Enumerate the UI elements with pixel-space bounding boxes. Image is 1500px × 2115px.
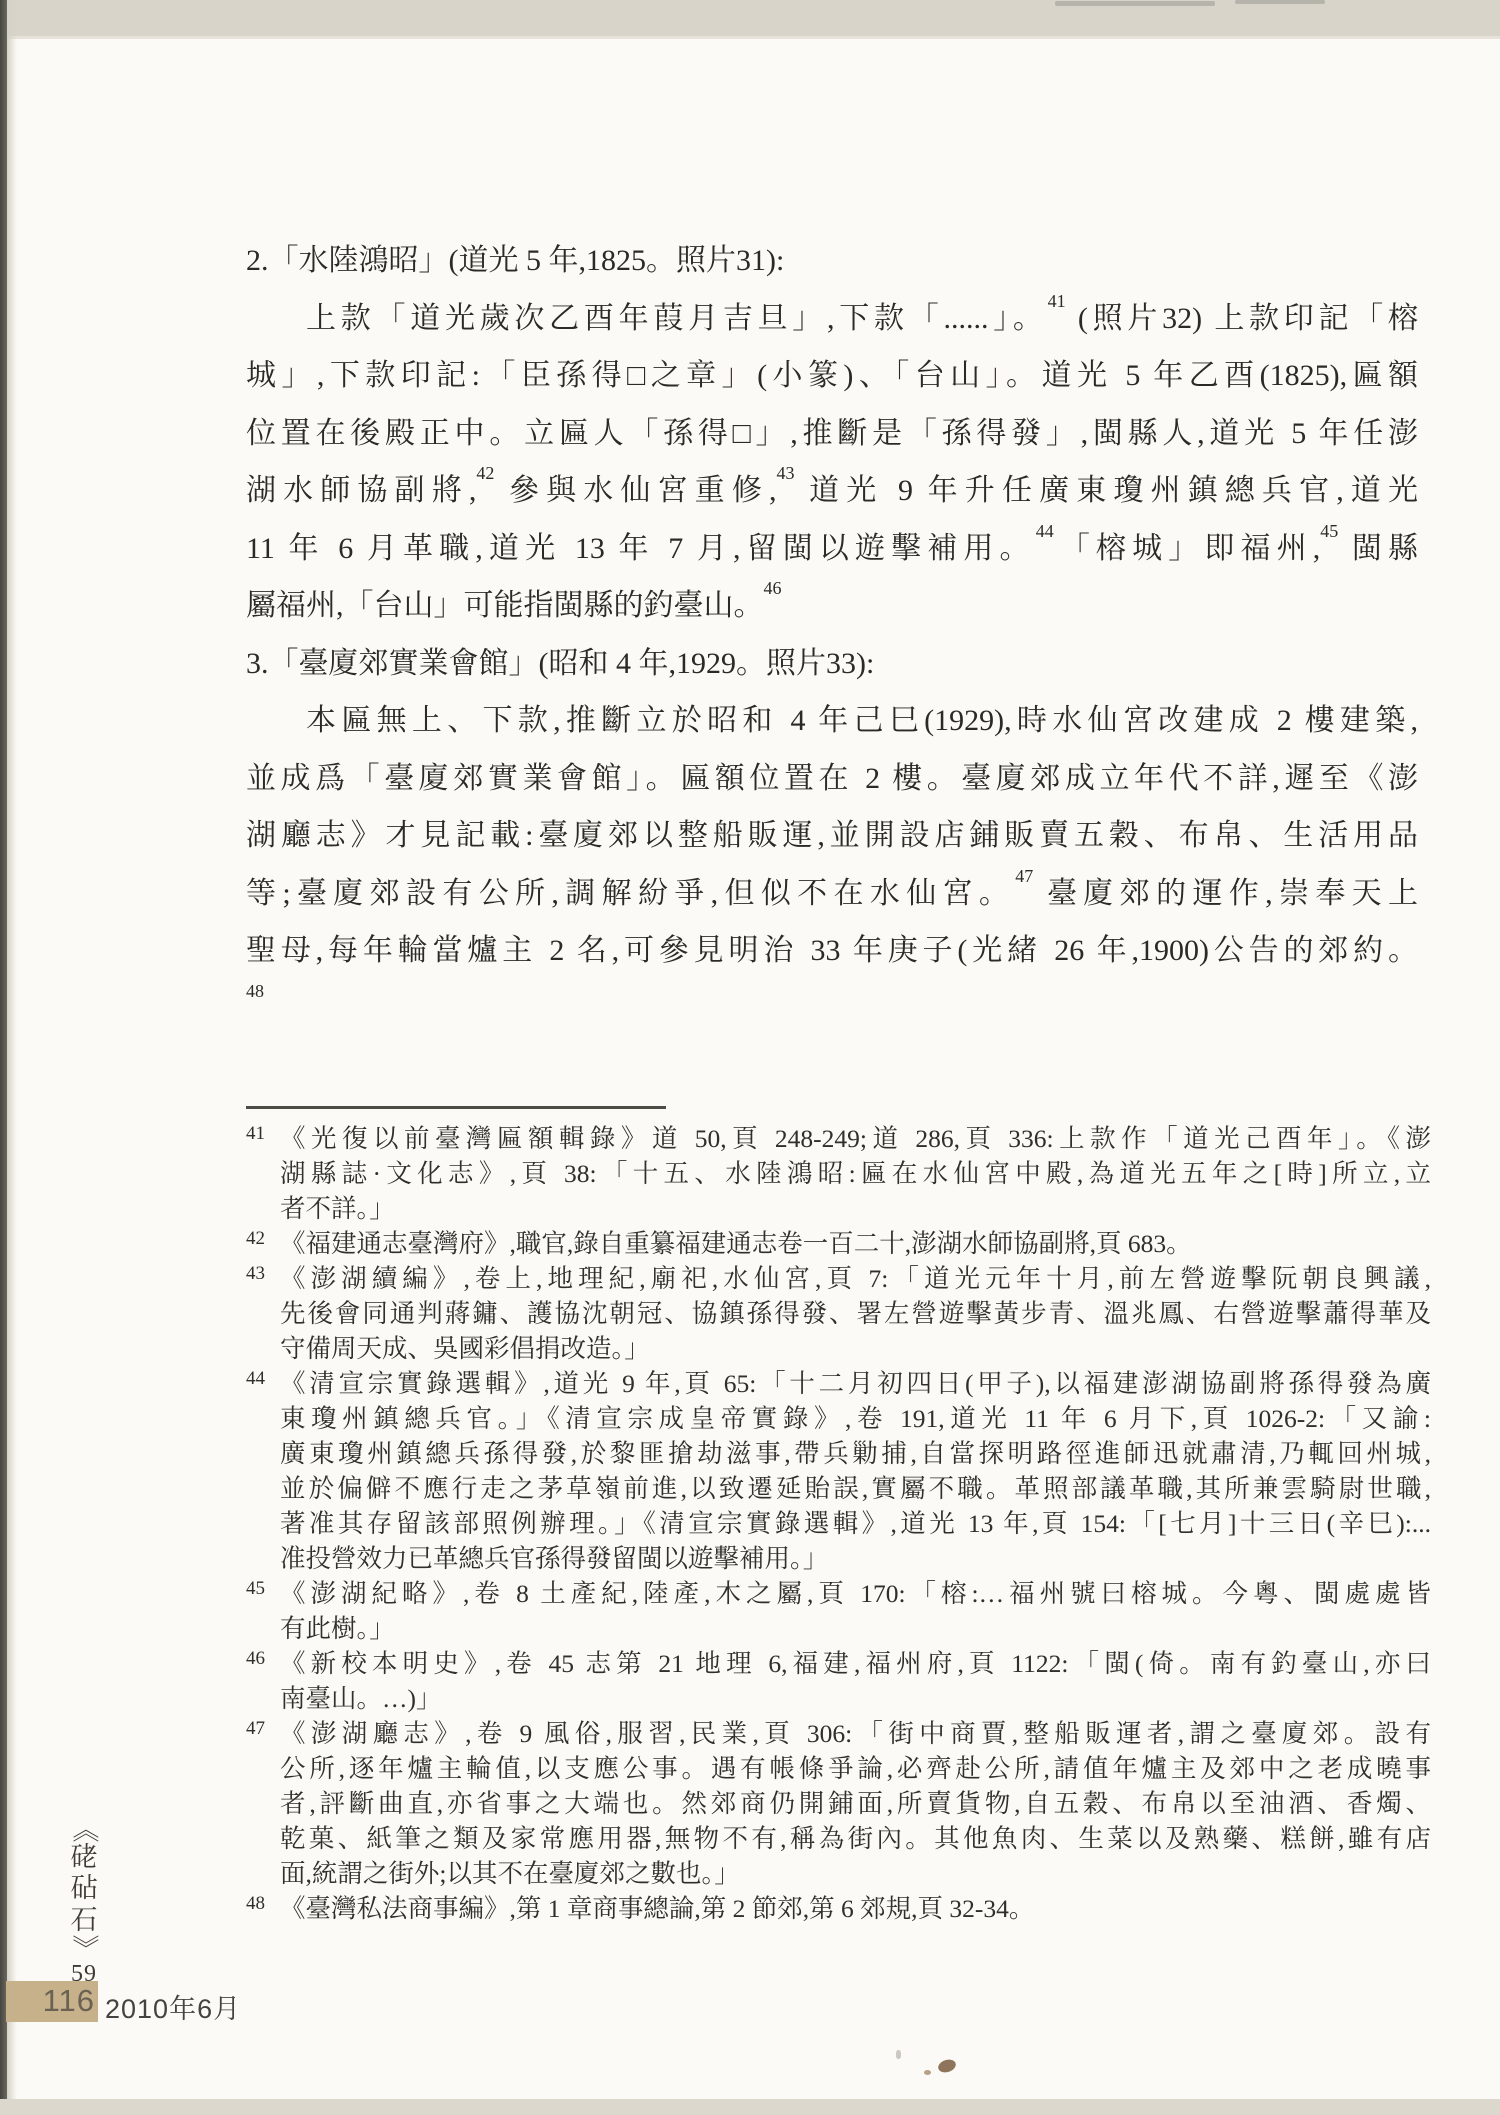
journal-title-char: 硓 bbox=[71, 1843, 98, 1871]
footnote-number: 45 bbox=[246, 1571, 265, 1606]
page-binding-shadow bbox=[7, 0, 17, 2115]
footnote: 48《臺灣私法商事編》,第 1 章商事總論,第 2 節郊,第 6 郊規,頁 32… bbox=[246, 1891, 1431, 1926]
footnote: 47《澎湖廳志》,卷 9 風俗,服習,民業,頁 306:「街中商賈,整船販運者,… bbox=[246, 1716, 1431, 1891]
footnote-line: 著准其存留該部照例辦理。」《清宣宗實錄選輯》,道光 13 年,頁 154:「[七… bbox=[280, 1506, 1431, 1541]
scan-smudge bbox=[1055, 1, 1215, 6]
footnote-number: 43 bbox=[246, 1256, 265, 1291]
text-line: 城」,下款印記:「臣孫得□之章」(小篆)、「台山」。道光 5 年乙酉(1825)… bbox=[246, 347, 1418, 405]
footnote-ref: 47 bbox=[1015, 866, 1033, 886]
footnote-ref: 43 bbox=[776, 463, 794, 483]
scan-bottom-band bbox=[0, 2099, 1500, 2115]
footnote-number: 46 bbox=[246, 1641, 265, 1676]
footnote-ref: 48 bbox=[246, 981, 264, 1001]
footnote-line: 《清宣宗實錄選輯》,道光 9 年,頁 65:「十二月初四日(甲子),以福建澎湖協… bbox=[280, 1366, 1431, 1401]
scan-speck bbox=[937, 2058, 958, 2075]
issue-date: 2010年6月 bbox=[105, 1987, 241, 2026]
text-line: 屬福州,「台山」可能指閩縣的釣臺山。46 bbox=[246, 577, 1418, 635]
scan-speck bbox=[924, 2070, 931, 2075]
footnote-line: 面,統謂之街外;以其不在臺廈郊之數也。」 bbox=[280, 1856, 1431, 1891]
footnote-divider bbox=[246, 1106, 666, 1109]
footnote-line: 有此樹。」 bbox=[280, 1611, 1431, 1646]
footnote: 46《新校本明史》,卷 45 志第 21 地理 6,福建,福州府,頁 1122:… bbox=[246, 1646, 1431, 1716]
footnote-line: 公所,逐年爐主輪值,以支應公事。遇有帳條爭論,必齊赴公所,請值年爐主及郊中之老成… bbox=[280, 1751, 1431, 1786]
footnote: 43《澎湖續編》,卷上,地理紀,廟祀,水仙宮,頁 7:「道光元年十月,前左營遊擊… bbox=[246, 1261, 1431, 1366]
journal-title-char: 》 bbox=[73, 1935, 95, 1962]
footnote-line: 《新校本明史》,卷 45 志第 21 地理 6,福建,福州府,頁 1122:「閩… bbox=[280, 1646, 1431, 1681]
footnote-line: 《光復以前臺灣匾額輯錄》道 50,頁 248-249;道 286,頁 336:上… bbox=[280, 1121, 1431, 1156]
footnote: 41《光復以前臺灣匾額輯錄》道 50,頁 248-249;道 286,頁 336… bbox=[246, 1121, 1431, 1226]
scan-speck bbox=[896, 2050, 901, 2059]
scanned-journal-page: { "page": { "number": "116", "date": "20… bbox=[0, 0, 1500, 2115]
footnote: 44《清宣宗實錄選輯》,道光 9 年,頁 65:「十二月初四日(甲子),以福建澎… bbox=[246, 1366, 1431, 1576]
footnote-line: 守備周天成、吳國彩倡捐改造。」 bbox=[280, 1331, 1431, 1366]
text-line: 並成爲「臺廈郊實業會館」。匾額位置在 2 樓。臺廈郊成立年代不詳,遲至《澎 bbox=[246, 750, 1418, 808]
footnote-line: 者不詳。」 bbox=[280, 1191, 1431, 1226]
text-line: 2.「水陸鴻昭」(道光 5 年,1825。照片31): bbox=[246, 232, 1418, 290]
page-binding-edge bbox=[0, 0, 7, 2115]
footnote-number: 41 bbox=[246, 1116, 265, 1151]
journal-title-char: 砧 bbox=[71, 1874, 98, 1902]
text-line: 11 年 6 月革職,道光 13 年 7 月,留閩以遊擊補用。44「榕城」即福州… bbox=[246, 520, 1418, 578]
scan-top-band-edge bbox=[0, 36, 1500, 39]
scan-top-band bbox=[0, 0, 1500, 36]
footnote-line: 《福建通志臺灣府》,職官,錄自重纂福建通志卷一百二十,澎湖水師協副將,頁 683… bbox=[280, 1226, 1431, 1261]
footnote-line: 准投營效力已革總兵官孫得發留閩以遊擊補用。」 bbox=[280, 1541, 1431, 1576]
paragraph: 本匾無上、下款,推斷立於昭和 4 年己巳(1929),時水仙宮改建成 2 樓建築… bbox=[246, 692, 1418, 1037]
footnote-line: 者,評斷曲直,亦省事之大端也。然郊商仍開鋪面,所賣貨物,自五穀、布帛以至油酒、香… bbox=[280, 1786, 1431, 1821]
footnote-ref: 45 bbox=[1320, 521, 1338, 541]
journal-title-char: 《 bbox=[73, 1816, 95, 1843]
footnote-ref: 41 bbox=[1048, 291, 1066, 311]
footnote-line: 南臺山。…)」 bbox=[280, 1681, 1431, 1716]
footnote-number: 44 bbox=[246, 1361, 265, 1396]
footnote-line: 《澎湖續編》,卷上,地理紀,廟祀,水仙宮,頁 7:「道光元年十月,前左營遊擊阮朝… bbox=[280, 1261, 1431, 1296]
footnote-line: 《臺灣私法商事編》,第 1 章商事總論,第 2 節郊,第 6 郊規,頁 32-3… bbox=[280, 1891, 1431, 1926]
scan-smudge bbox=[1235, 0, 1325, 4]
footnote: 45《澎湖紀略》,卷 8 土產紀,陸產,木之屬,頁 170:「榕:…福州號曰榕城… bbox=[246, 1576, 1431, 1646]
footnote-ref: 44 bbox=[1036, 521, 1054, 541]
text-line: 本匾無上、下款,推斷立於昭和 4 年己巳(1929),時水仙宮改建成 2 樓建築… bbox=[246, 692, 1418, 750]
body-text: 2.「水陸鴻昭」(道光 5 年,1825。照片31):上款「道光歲次乙酉年葭月吉… bbox=[246, 232, 1418, 1037]
page-number-box: 116 bbox=[6, 1981, 98, 2022]
text-line: 湖廳志》才見記載:臺廈郊以整船販運,並開設店鋪販賣五穀、布帛、生活用品 bbox=[246, 807, 1418, 865]
footnote-line: 並於偏僻不應行走之茅草嶺前進,以致遷延貽誤,實屬不職。革照部議革職,其所兼雲騎尉… bbox=[280, 1471, 1431, 1506]
footnote-ref: 42 bbox=[476, 463, 494, 483]
footnote-number: 42 bbox=[246, 1221, 265, 1256]
footnote: 42《福建通志臺灣府》,職官,錄自重纂福建通志卷一百二十,澎湖水師協副將,頁 6… bbox=[246, 1226, 1431, 1261]
section-heading: 2.「水陸鴻昭」(道光 5 年,1825。照片31): bbox=[246, 232, 1418, 290]
footnote-line: 《澎湖紀略》,卷 8 土產紀,陸產,木之屬,頁 170:「榕:…福州號曰榕城。今… bbox=[280, 1576, 1431, 1611]
journal-title-char: 石 bbox=[71, 1906, 98, 1934]
text-line: 等;臺廈郊設有公所,調解紛爭,但似不在水仙宮。47 臺廈郊的運作,崇奉天上 bbox=[246, 865, 1418, 923]
footnote-line: 乾菓、紙筆之類及家常應用器,無物不有,稱為街內。其他魚肉、生菜以及熟藥、糕餅,雖… bbox=[280, 1821, 1431, 1856]
footnote-ref: 46 bbox=[764, 578, 782, 598]
text-line: 上款「道光歲次乙酉年葭月吉旦」,下款「......」。41 (照片32) 上款印… bbox=[246, 290, 1418, 348]
paragraph: 上款「道光歲次乙酉年葭月吉旦」,下款「......」。41 (照片32) 上款印… bbox=[246, 290, 1418, 635]
text-line: 3.「臺廈郊實業會館」(昭和 4 年,1929。照片33): bbox=[246, 635, 1418, 693]
text-line: 位置在後殿正中。立匾人「孫得□」,推斷是「孫得發」,閩縣人,道光 5 年任澎 bbox=[246, 405, 1418, 463]
footnote-number: 48 bbox=[246, 1886, 265, 1921]
section-heading: 3.「臺廈郊實業會館」(昭和 4 年,1929。照片33): bbox=[246, 635, 1418, 693]
footnotes-list: 41《光復以前臺灣匾額輯錄》道 50,頁 248-249;道 286,頁 336… bbox=[246, 1121, 1431, 1926]
text-line: 湖水師協副將,42 參與水仙宮重修,43 道光 9 年升任廣東瓊州鎮總兵官,道光 bbox=[246, 462, 1418, 520]
text-line: 48 bbox=[246, 980, 1418, 1038]
footnote-number: 47 bbox=[246, 1711, 265, 1746]
footnote-line: 先後會同通判蔣鏞、護協沈朝冠、協鎮孫得發、署左營遊擊黃步青、溫兆鳳、右營遊擊蕭得… bbox=[280, 1296, 1431, 1331]
footnote-line: 《澎湖廳志》,卷 9 風俗,服習,民業,頁 306:「街中商賈,整船販運者,謂之… bbox=[280, 1716, 1431, 1751]
text-line: 聖母,每年輪當爐主 2 名,可參見明治 33 年庚子(光緒 26 年,1900)… bbox=[246, 922, 1418, 980]
page-number: 116 bbox=[43, 1983, 95, 2019]
footnote-line: 湖縣誌·文化志》,頁 38:「十五、水陸鴻昭:匾在水仙宮中殿,為道光五年之[時]… bbox=[280, 1156, 1431, 1191]
footnote-line: 東瓊州鎮總兵官。」《清宣宗成皇帝實錄》,卷 191,道光 11 年 6 月下,頁… bbox=[280, 1401, 1431, 1436]
footnote-line: 廣東瓊州鎮總兵孫得發,於黎匪搶劫滋事,帶兵勦捕,自當探明路徑進師迅就肅清,乃輒回… bbox=[280, 1436, 1431, 1471]
